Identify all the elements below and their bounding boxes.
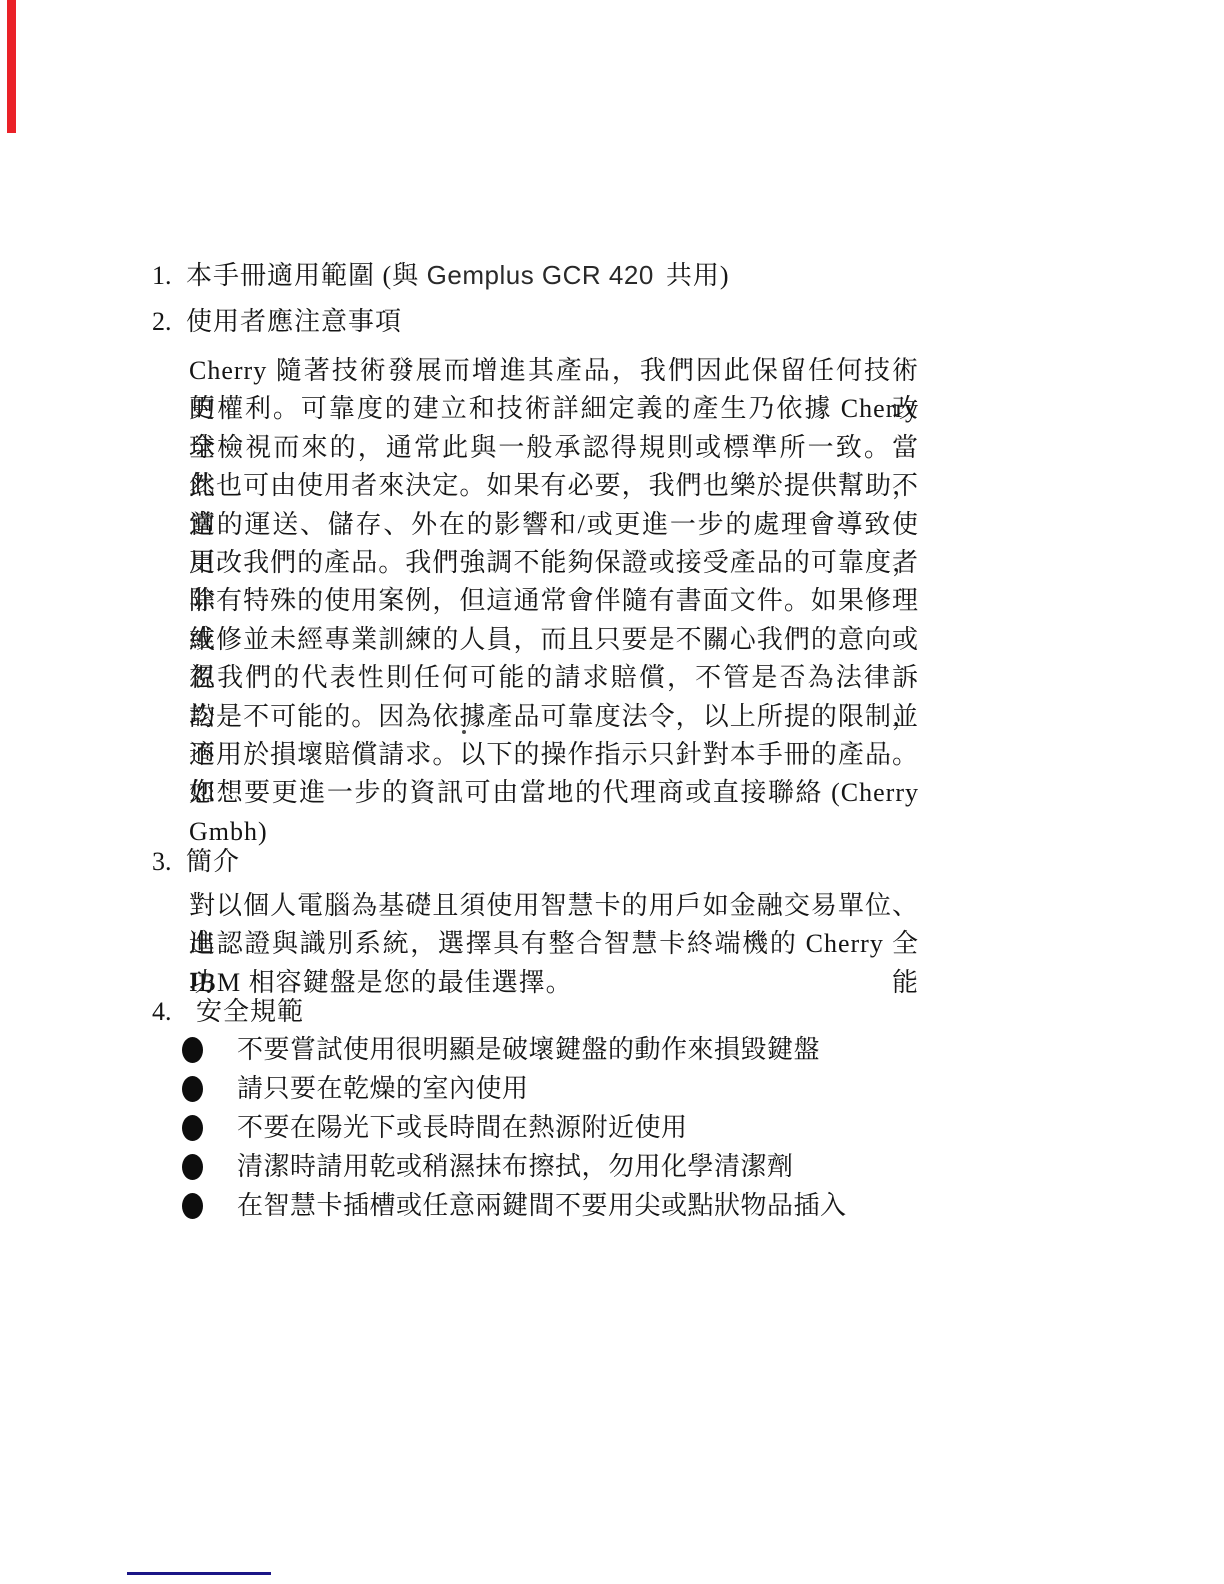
paragraph-line: 更改我們的產品。我們強調不能夠保證或接受產品的可靠度，除 — [189, 544, 919, 582]
paragraph-line: 此也可由使用者來決定。如果有必要，我們也樂於提供幫助不適 — [189, 467, 919, 505]
paragraph-line: 您想要更進一步的資訊可由當地的代理商或直接聯絡 (Cherry — [189, 774, 919, 812]
safety-bullet-item: 在智慧卡插槽或任意兩鍵間不要用尖或點狀物品插入 — [182, 1186, 942, 1226]
bullet-text: 清潔時請用乾或稍濕抹布擦拭，勿用化學清潔劑 — [237, 1152, 794, 1181]
paragraph-line: 出認證與識別系統，選擇具有整合智慧卡終端機的 Cherry 全功能 — [189, 925, 919, 963]
safety-bullet-item: 請只要在乾燥的室內使用 — [182, 1069, 942, 1109]
scan-artifact-red-mark — [7, 0, 16, 133]
item1-text-latin: Gemplus GCR 420 — [427, 260, 654, 290]
item-title: 使用者應注意事項 — [186, 307, 402, 336]
safety-bullet-item: 不要嘗試使用很明顯是破壞鍵盤的動作來損毀鍵盤 — [182, 1030, 942, 1070]
paragraph-line: 均是不可能的。因為依據產品可靠度法令，以上所提的限制並不 — [189, 698, 919, 736]
bullet-text: 不要嘗試使用很明顯是破壞鍵盤的動作來損毀鍵盤 — [237, 1035, 820, 1064]
item-number: 3. — [152, 845, 186, 879]
list-item-4: 4.安全規範 — [152, 995, 304, 1029]
paragraph-line: 維修並未經專業訓練的人員，而且只要是不關心我們的意向或忽 — [189, 621, 919, 659]
paragraph-line: Gmbh) — [189, 813, 919, 851]
scanned-manual-page: 1.本手冊適用範圍 (與 Gemplus GCR 420共用) 2.使用者應注意… — [0, 0, 1224, 1584]
bullet-icon — [182, 1154, 203, 1180]
bullet-text: 請只要在乾燥的室內使用 — [237, 1074, 529, 1103]
bullet-text: 不要在陽光下或長時間在熱源附近使用 — [237, 1113, 688, 1142]
item-title: 簡介 — [186, 847, 240, 876]
paragraph-line: 的權利。可靠度的建立和技術詳細定義的產生乃依據 Cherry 全 — [189, 390, 919, 428]
section2-paragraph: Cherry 隨著技術發展而增進其產品，我們因此保留任何技術更改 的權利。可靠度… — [189, 352, 919, 851]
safety-bullet-item: 清潔時請用乾或稍濕抹布擦拭，勿用化學清潔劑 — [182, 1147, 942, 1187]
bullet-icon — [182, 1193, 203, 1219]
bullet-icon — [182, 1115, 203, 1141]
paragraph-line: Cherry 隨著技術發展而增進其產品，我們因此保留任何技術更改 — [189, 352, 919, 390]
paragraph-line: 當的運送、儲存、外在的影響和/或更進一步的處理會導致使用者 — [189, 506, 919, 544]
section3-paragraph: 對以個人電腦為基礎且須使用智慧卡的用戶如金融交易單位、進 出認證與識別系統，選擇… — [189, 887, 919, 1002]
paragraph-line: 球檢視而來的，通常此與一般承認得規則或標準所一致。當然， — [189, 429, 919, 467]
list-item-3: 3.簡介 — [152, 845, 240, 879]
paragraph-line: 非有特殊的使用案例，但這通常會伴隨有書面文件。如果修理或 — [189, 582, 919, 620]
bullet-icon — [182, 1037, 203, 1063]
list-item-2: 2.使用者應注意事項 — [152, 305, 402, 339]
item-number: 4. — [152, 995, 196, 1029]
list-item-1: 1.本手冊適用範圍 (與 Gemplus GCR 420共用) — [152, 258, 730, 292]
item1-text-cjk: 本手冊適用範圍 (與 — [186, 261, 427, 290]
footer-underline — [127, 1572, 271, 1575]
paragraph-line: 適用於損壞賠償請求。以下的操作指示只針對本手冊的產品。如 — [189, 736, 919, 774]
item-number: 2. — [152, 305, 186, 339]
safety-bullet-item: 不要在陽光下或長時間在熱源附近使用 — [182, 1108, 942, 1148]
item-number: 1. — [152, 259, 186, 293]
paragraph-line: 視我們的代表性則任何可能的請求賠償，不管是否為法律訴訟， — [189, 659, 919, 697]
item1-text-cjk-tail: 共用) — [666, 261, 730, 290]
item-title: 安全規範 — [196, 997, 304, 1026]
scan-artifact-speck — [462, 730, 466, 734]
paragraph-line: 對以個人電腦為基礎且須使用智慧卡的用戶如金融交易單位、進 — [189, 887, 919, 925]
bullet-text: 在智慧卡插槽或任意兩鍵間不要用尖或點狀物品插入 — [237, 1191, 847, 1220]
bullet-icon — [182, 1076, 203, 1102]
